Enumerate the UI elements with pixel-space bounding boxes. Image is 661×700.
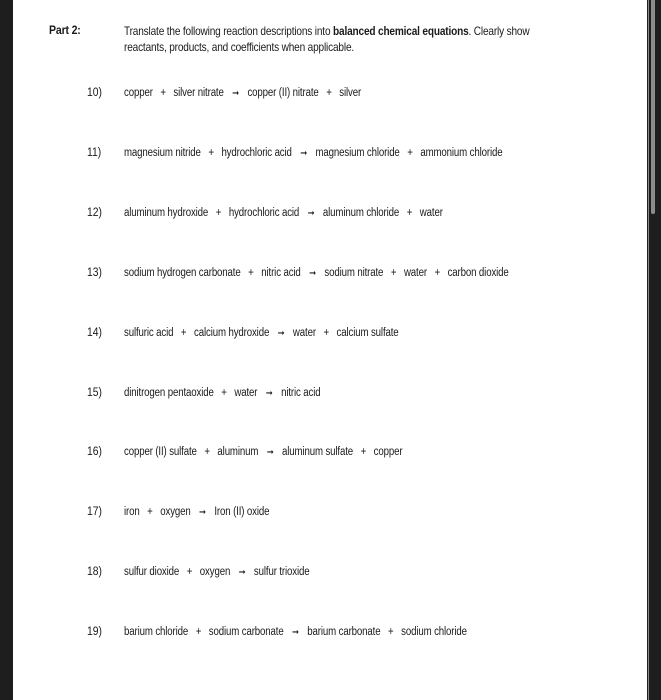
product: ammonium chloride bbox=[420, 147, 502, 159]
plus-sign: + bbox=[208, 145, 214, 161]
reactant: iron bbox=[124, 506, 140, 518]
reactant: sodium carbonate bbox=[209, 626, 284, 638]
reactant: sulfur dioxide bbox=[124, 566, 179, 578]
reactant: copper (II) sulfate bbox=[124, 446, 197, 458]
reaction-arrow-icon: ➞ bbox=[300, 146, 307, 162]
instructions: Translate the following reaction descrip… bbox=[124, 23, 561, 55]
plus-sign: + bbox=[204, 444, 210, 460]
question-number: 13) bbox=[87, 265, 102, 281]
instructions-text: Translate the following reaction descrip… bbox=[124, 24, 333, 38]
question-number: 18) bbox=[87, 564, 102, 580]
question-number: 10) bbox=[87, 85, 102, 101]
product: silver bbox=[339, 87, 361, 99]
question-number: 11) bbox=[87, 145, 101, 161]
instructions-line-2: reactants, products, and coefficients wh… bbox=[124, 40, 354, 54]
plus-sign: + bbox=[196, 624, 202, 640]
reaction-arrow-icon: ➞ bbox=[239, 565, 246, 581]
question-number: 12) bbox=[87, 205, 102, 221]
product: barium carbonate bbox=[307, 626, 380, 638]
product: carbon dioxide bbox=[448, 267, 509, 279]
plus-sign: + bbox=[323, 325, 329, 341]
reactant: aluminum hydroxide bbox=[124, 207, 208, 219]
plus-sign: + bbox=[407, 205, 413, 221]
reactant: dinitrogen pentaoxide bbox=[124, 387, 214, 399]
product: sulfur trioxide bbox=[254, 566, 310, 578]
question-item: 18)sulfur dioxide+oxygen➞sulfur trioxide bbox=[0, 564, 634, 580]
instructions-emphasis: balanced chemical equations bbox=[333, 24, 469, 38]
reactant: sulfuric acid bbox=[124, 327, 173, 339]
reactant: magnesium nitride bbox=[124, 147, 201, 159]
product: water bbox=[420, 207, 443, 219]
question-number: 15) bbox=[87, 385, 102, 401]
question-item: 14)sulfuric acid+calcium hydroxide➞water… bbox=[0, 325, 634, 341]
reaction-description: copper (II) sulfate+aluminum➞aluminum su… bbox=[124, 444, 402, 461]
reaction-description: sulfuric acid+calcium hydroxide➞water+ca… bbox=[124, 325, 399, 342]
product: water bbox=[293, 327, 316, 339]
question-item: 15)dinitrogen pentaoxide+water➞nitric ac… bbox=[0, 385, 634, 401]
plus-sign: + bbox=[147, 504, 153, 520]
plus-sign: + bbox=[160, 85, 166, 101]
product: aluminum sulfate bbox=[282, 446, 353, 458]
reaction-arrow-icon: ➞ bbox=[308, 206, 315, 222]
reaction-arrow-icon: ➞ bbox=[232, 86, 239, 102]
plus-sign: + bbox=[248, 265, 254, 281]
question-number: 16) bbox=[87, 444, 102, 460]
document-page bbox=[13, 0, 647, 700]
plus-sign: + bbox=[221, 385, 227, 401]
reaction-description: aluminum hydroxide+hydrochloric acid➞alu… bbox=[124, 205, 443, 222]
reactant: barium chloride bbox=[124, 626, 188, 638]
product: aluminum chloride bbox=[323, 207, 399, 219]
question-item: 11)magnesium nitride+hydrochloric acid➞m… bbox=[0, 145, 634, 161]
reaction-description: iron+oxygen➞Iron (II) oxide bbox=[124, 504, 269, 521]
part-label: Part 2: bbox=[49, 23, 81, 37]
reactant: oxygen bbox=[160, 506, 190, 518]
plus-sign: + bbox=[391, 265, 397, 281]
product: copper bbox=[374, 446, 403, 458]
reactant: water bbox=[234, 387, 257, 399]
reactant: copper bbox=[124, 87, 153, 99]
plus-sign: + bbox=[361, 444, 367, 460]
reactant: sodium hydrogen carbonate bbox=[124, 267, 241, 279]
question-item: 17)iron+oxygen➞Iron (II) oxide bbox=[0, 504, 634, 520]
product: calcium sulfate bbox=[337, 327, 399, 339]
reactant: oxygen bbox=[200, 566, 230, 578]
question-item: 12)aluminum hydroxide+hydrochloric acid➞… bbox=[0, 205, 634, 221]
reaction-arrow-icon: ➞ bbox=[267, 445, 274, 461]
reaction-description: sodium hydrogen carbonate+nitric acid➞so… bbox=[124, 265, 509, 282]
reaction-description: dinitrogen pentaoxide+water➞nitric acid bbox=[124, 385, 321, 402]
reactant: hydrochloric acid bbox=[229, 207, 299, 219]
reactant: silver nitrate bbox=[173, 87, 223, 99]
reactant: calcium hydroxide bbox=[194, 327, 269, 339]
question-number: 17) bbox=[87, 504, 102, 520]
plus-sign: + bbox=[216, 205, 222, 221]
reaction-arrow-icon: ➞ bbox=[199, 505, 206, 521]
question-item: 10)copper+silver nitrate➞copper (II) nit… bbox=[0, 85, 634, 101]
question-item: 13)sodium hydrogen carbonate+nitric acid… bbox=[0, 265, 634, 281]
product: nitric acid bbox=[281, 387, 320, 399]
product: magnesium chloride bbox=[316, 147, 400, 159]
reaction-arrow-icon: ➞ bbox=[309, 266, 316, 282]
reactant: nitric acid bbox=[261, 267, 300, 279]
reaction-description: magnesium nitride+hydrochloric acid➞magn… bbox=[124, 145, 502, 162]
reaction-arrow-icon: ➞ bbox=[266, 386, 273, 402]
question-item: 19)barium chloride+sodium carbonate➞bari… bbox=[0, 624, 634, 640]
reaction-description: barium chloride+sodium carbonate➞barium … bbox=[124, 624, 467, 641]
product: Iron (II) oxide bbox=[214, 506, 269, 518]
reaction-description: copper+silver nitrate➞copper (II) nitrat… bbox=[124, 85, 361, 102]
reactant: aluminum bbox=[217, 446, 258, 458]
plus-sign: + bbox=[407, 145, 413, 161]
scrollbar-edge bbox=[648, 0, 649, 700]
product: sodium nitrate bbox=[324, 267, 383, 279]
question-item: 16)copper (II) sulfate+aluminum➞aluminum… bbox=[0, 444, 634, 460]
product: sodium chloride bbox=[401, 626, 467, 638]
instructions-text-end: . Clearly show bbox=[469, 24, 530, 38]
plus-sign: + bbox=[388, 624, 394, 640]
plus-sign: + bbox=[187, 564, 193, 580]
product: water bbox=[404, 267, 427, 279]
scrollbar-thumb[interactable] bbox=[651, 0, 655, 214]
plus-sign: + bbox=[326, 85, 332, 101]
product: copper (II) nitrate bbox=[247, 87, 318, 99]
reaction-arrow-icon: ➞ bbox=[278, 326, 285, 342]
reactant: hydrochloric acid bbox=[221, 147, 291, 159]
plus-sign: + bbox=[435, 265, 441, 281]
reaction-description: sulfur dioxide+oxygen➞sulfur trioxide bbox=[124, 564, 309, 581]
question-number: 19) bbox=[87, 624, 102, 640]
reaction-arrow-icon: ➞ bbox=[292, 625, 299, 641]
plus-sign: + bbox=[181, 325, 187, 341]
question-number: 14) bbox=[87, 325, 102, 341]
